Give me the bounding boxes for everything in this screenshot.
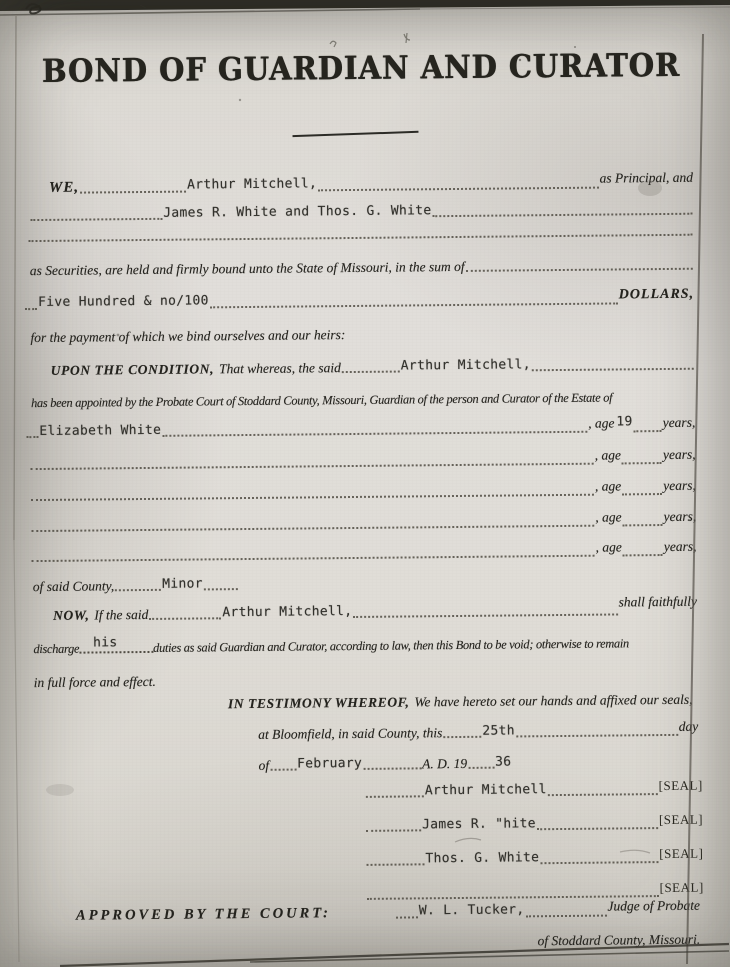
judge-title2: of Stoddard County, Missouri. bbox=[538, 932, 701, 950]
force-clause-line: in full force and effect. bbox=[34, 674, 156, 691]
date-prefix: of bbox=[258, 758, 269, 774]
scanned-bond-document: BOND OF GUARDIAN AND CURATOR WE, Arthur … bbox=[0, 0, 730, 967]
payment-clause-line: for the payment of which we bind ourselv… bbox=[30, 327, 345, 346]
now-line: NOW, If the said Arthur Mitchell, shall … bbox=[53, 602, 697, 624]
place-prefix: at Bloomfield, in said County, this bbox=[258, 725, 442, 743]
ward-name: Elizabeth White bbox=[39, 423, 161, 439]
county-line: of said County, Minor bbox=[33, 577, 239, 595]
place-suffix: day bbox=[679, 719, 699, 735]
we-label: WE, bbox=[49, 180, 79, 197]
discharge-value: his bbox=[93, 635, 118, 650]
appointed-clause-line: has been appointed by the Probate Court … bbox=[31, 391, 612, 412]
testimony-line: IN TESTIMONY WHEREOF, We have hereto set… bbox=[228, 692, 698, 713]
discharge-rest: duties as said Guardian and Curator, acc… bbox=[153, 636, 629, 656]
principal-name: Arthur Mitchell, bbox=[187, 176, 317, 192]
age-label: , age bbox=[588, 415, 614, 431]
condition-rest: That whereas, the said bbox=[219, 360, 341, 377]
approval-line: APPROVED BY THE COURT: W. L. Tucker, Jud… bbox=[76, 902, 700, 925]
sum-amount: Five Hundred & no/100 bbox=[38, 293, 209, 310]
form-title: BOND OF GUARDIAN AND CURATOR bbox=[0, 46, 726, 90]
judge-title: Judge of Probate bbox=[607, 898, 700, 915]
ward-line-1: Elizabeth White , age 19 years, bbox=[25, 419, 695, 441]
principal-suffix: as Principal, and bbox=[599, 170, 693, 187]
ward-line-2: , age years, bbox=[30, 451, 696, 473]
condition-name: Arthur Mitchell, bbox=[401, 357, 531, 373]
condition-line: UPON THE CONDITION, That whereas, the sa… bbox=[51, 357, 695, 379]
place-line: at Bloomfield, in said County, this 25th… bbox=[258, 723, 698, 743]
signature-line-1: Arthur Mitchell [SEAL] bbox=[365, 782, 703, 801]
county-prefix: of said County, bbox=[33, 578, 115, 595]
now-lead: NOW, bbox=[53, 608, 89, 624]
date-line: of February A. D. 19 36 bbox=[258, 755, 511, 773]
condition-lead: UPON THE CONDITION, bbox=[51, 361, 214, 379]
principal-line: WE, Arthur Mitchell, as Principal, and bbox=[49, 174, 693, 197]
county-value: Minor bbox=[162, 576, 203, 591]
now-suffix: shall faithfully bbox=[619, 594, 698, 611]
sureties-names: James R. White and Thos. G. White bbox=[163, 203, 431, 221]
signature-line-3: Thos. G. White [SEAL] bbox=[365, 850, 703, 869]
blank-line bbox=[28, 234, 694, 245]
years-label: years, bbox=[663, 415, 696, 431]
approved-label: APPROVED BY THE COURT: bbox=[76, 905, 331, 924]
testimony-rest: We have hereto set our hands and affixed… bbox=[414, 692, 692, 711]
date-year: 36 bbox=[495, 754, 511, 769]
signature-line-2: James R. "hite [SEAL] bbox=[365, 816, 703, 835]
now-rest: If the said bbox=[94, 607, 148, 624]
sum-line: Five Hundred & no/100 DOLLARS, bbox=[24, 291, 694, 313]
ward-age: 19 bbox=[616, 414, 632, 429]
appointed-clause: has been appointed by the Probate Court … bbox=[31, 391, 612, 412]
payment-clause: for the payment of which we bind ourselv… bbox=[30, 327, 345, 346]
now-name: Arthur Mitchell, bbox=[222, 604, 352, 620]
signature-name: Arthur Mitchell bbox=[425, 782, 547, 798]
ward-line-3: , age years, bbox=[30, 482, 696, 504]
force-clause: in full force and effect. bbox=[34, 674, 156, 691]
sureties-line: James R. White and Thos. G. White bbox=[29, 203, 693, 224]
securities-clause: as Securities, are held and firmly bound… bbox=[30, 259, 465, 279]
signature-name: Thos. G. White bbox=[425, 850, 539, 866]
discharge-prefix: discharge bbox=[33, 642, 79, 657]
judge-county-line: of Stoddard County, Missouri. bbox=[538, 932, 701, 950]
seal-label: [SEAL] bbox=[660, 880, 704, 896]
date-ad-label: A. D. 19 bbox=[422, 756, 467, 772]
form-content: BOND OF GUARDIAN AND CURATOR WE, Arthur … bbox=[0, 0, 730, 967]
seal-label: [SEAL] bbox=[659, 846, 703, 862]
discharge-line: discharge his duties as said Guardian an… bbox=[33, 636, 697, 657]
place-value: 25th bbox=[482, 723, 515, 738]
ward-line-5: , age years, bbox=[30, 543, 696, 565]
title-divider bbox=[293, 131, 419, 137]
testimony-lead: IN TESTIMONY WHEREOF, bbox=[228, 694, 410, 712]
judge-name: W. L. Tucker, bbox=[419, 902, 525, 918]
date-month: February bbox=[297, 756, 362, 772]
dollars-label: DOLLARS, bbox=[619, 287, 694, 304]
signature-name: James R. "hite bbox=[422, 816, 536, 832]
ward-line-4: , age years, bbox=[30, 513, 696, 535]
seal-label: [SEAL] bbox=[659, 812, 703, 828]
securities-clause-line: as Securities, are held and firmly bound… bbox=[30, 257, 694, 279]
seal-label: [SEAL] bbox=[659, 778, 703, 794]
